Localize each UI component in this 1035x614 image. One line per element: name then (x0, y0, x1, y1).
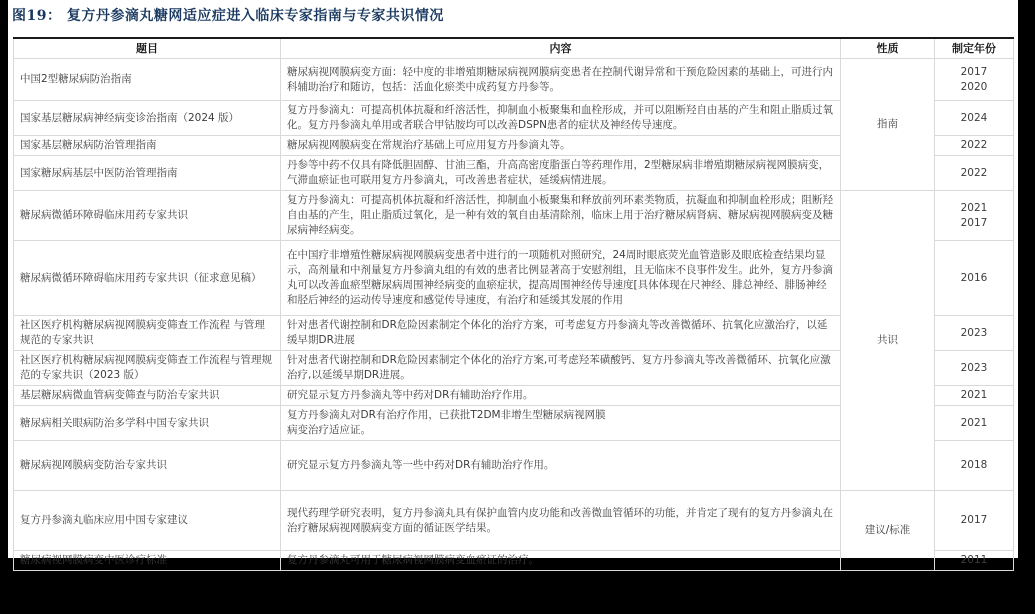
title-cell: 糖尿病微循环障碍临床用药专家共识 (14, 191, 281, 241)
year-cell: 2016 (935, 241, 1014, 316)
year-cell: 2024 (935, 101, 1014, 136)
content-cell: 研究显示复方丹参滴丸等一些中药对DR有辅助治疗作用。 (281, 441, 841, 491)
content-cell: 研究显示复方丹参滴丸等中药对DR有辅助治疗作用。 (281, 386, 841, 406)
content-cell: 复方丹参滴丸对DR有治疗作用，已获批T2DM非增生型糖尿病视网膜 病变治疗适应证… (281, 406, 841, 441)
column-header-year: 制定年份 (935, 38, 1014, 59)
column-header-title: 题目 (14, 38, 281, 59)
title-cell: 中国2型糖尿病防治指南 (14, 59, 281, 101)
year-cell: 2018 (935, 441, 1014, 491)
content-cell: 糖尿病视网膜病变在常规治疗基础上可应用复方丹参滴丸等。 (281, 136, 841, 156)
content-cell: 针对患者代谢控制和DR危险因素制定个体化的治疗方案,可考虑羟苯磺酸钙、复方丹参滴… (281, 351, 841, 386)
year-cell: 2022 (935, 136, 1014, 156)
year-cell: 2023 (935, 351, 1014, 386)
header-row: 题目 内容 性质 制定年份 (14, 38, 1014, 59)
content-cell: 现代药理学研究表明，复方丹参滴丸具有保护血管内皮功能和改善微血管循环的功能，并肯… (281, 491, 841, 551)
title-cell: 复方丹参滴丸临床应用中国专家建议 (14, 491, 281, 551)
table-body: 中国2型糖尿病防治指南糖尿病视网膜病变方面：轻中度的非增殖期糖尿病视网膜病变患者… (14, 59, 1014, 571)
title-cell: 糖尿病视网膜病变防治专家共识 (14, 441, 281, 491)
content-cell: 复方丹参滴丸：可提高机体抗凝和纤溶活性，抑制血小板聚集和释放前列环素类物质，抗凝… (281, 191, 841, 241)
content-cell: 复方丹参滴丸可用于糖尿病视网膜病变血瘀证的治疗。 (281, 551, 841, 571)
year-cell: 2011 (935, 551, 1014, 571)
title-cell: 糖尿病相关眼病防治多学科中国专家共识 (14, 406, 281, 441)
title-cell: 国家基层糖尿病防治管理指南 (14, 136, 281, 156)
title-cell: 社区医疗机构糖尿病视网膜病变筛查工作流程 与管理规范的专家共识 (14, 316, 281, 351)
content-cell: 针对患者代谢控制和DR危险因素制定个体化的治疗方案，可考虑复方丹参滴丸等改善微循… (281, 316, 841, 351)
nature-cell: 共识 (841, 191, 935, 491)
content-cell: 糖尿病视网膜病变方面：轻中度的非增殖期糖尿病视网膜病变患者在控制代谢异常和干预危… (281, 59, 841, 101)
figure-title: 图19： 复方丹参滴丸糖网适应症进入临床专家指南与专家共识情况 (8, 0, 1018, 25)
guideline-consensus-table: 题目 内容 性质 制定年份 中国2型糖尿病防治指南糖尿病视网膜病变方面：轻中度的… (13, 37, 1014, 571)
content-panel: 图19： 复方丹参滴丸糖网适应症进入临床专家指南与专家共识情况 题目 内容 性质… (8, 0, 1018, 558)
content-cell: 复方丹参滴丸：可提高机体抗凝和纤溶活性，抑制血小板聚集和血栓形成，并可以阻断羟自… (281, 101, 841, 136)
year-cell: 2022 (935, 156, 1014, 191)
table-row: 糖尿病微循环障碍临床用药专家共识复方丹参滴丸：可提高机体抗凝和纤溶活性，抑制血小… (14, 191, 1014, 241)
year-cell: 2023 (935, 316, 1014, 351)
year-cell: 2017 (935, 491, 1014, 551)
content-cell: 丹参等中药不仅具有降低胆固醇、甘油三酯，升高高密度脂蛋白等药理作用，2型糖尿病非… (281, 156, 841, 191)
year-cell: 2021 (935, 406, 1014, 441)
year-cell: 2021 2017 (935, 191, 1014, 241)
title-cell: 基层糖尿病微血管病变筛查与防治专家共识 (14, 386, 281, 406)
table-row: 中国2型糖尿病防治指南糖尿病视网膜病变方面：轻中度的非增殖期糖尿病视网膜病变患者… (14, 59, 1014, 101)
nature-cell: 指南 (841, 59, 935, 191)
title-cell: 社区医疗机构糖尿病视网膜病变筛查工作流程与管理规范的专家共识（2023 版） (14, 351, 281, 386)
content-cell: 在中国疗非增殖性糖尿病视网膜病变患者中进行的一项随机对照研究，24周时眼底荧光血… (281, 241, 841, 316)
table-row: 复方丹参滴丸临床应用中国专家建议现代药理学研究表明，复方丹参滴丸具有保护血管内皮… (14, 491, 1014, 551)
title-cell: 国家基层糖尿病神经病变诊治指南（2024 版） (14, 101, 281, 136)
year-cell: 2017 2020 (935, 59, 1014, 101)
nature-cell: 建议/标准 (841, 491, 935, 571)
column-header-nature: 性质 (841, 38, 935, 59)
title-cell: 国家糖尿病基层中医防治管理指南 (14, 156, 281, 191)
title-cell: 糖尿病视网膜病变中医诊疗标准 (14, 551, 281, 571)
column-header-content: 内容 (281, 38, 841, 59)
title-cell: 糖尿病微循环障碍临床用药专家共识（征求意见稿） (14, 241, 281, 316)
table-header: 题目 内容 性质 制定年份 (14, 38, 1014, 59)
year-cell: 2021 (935, 386, 1014, 406)
